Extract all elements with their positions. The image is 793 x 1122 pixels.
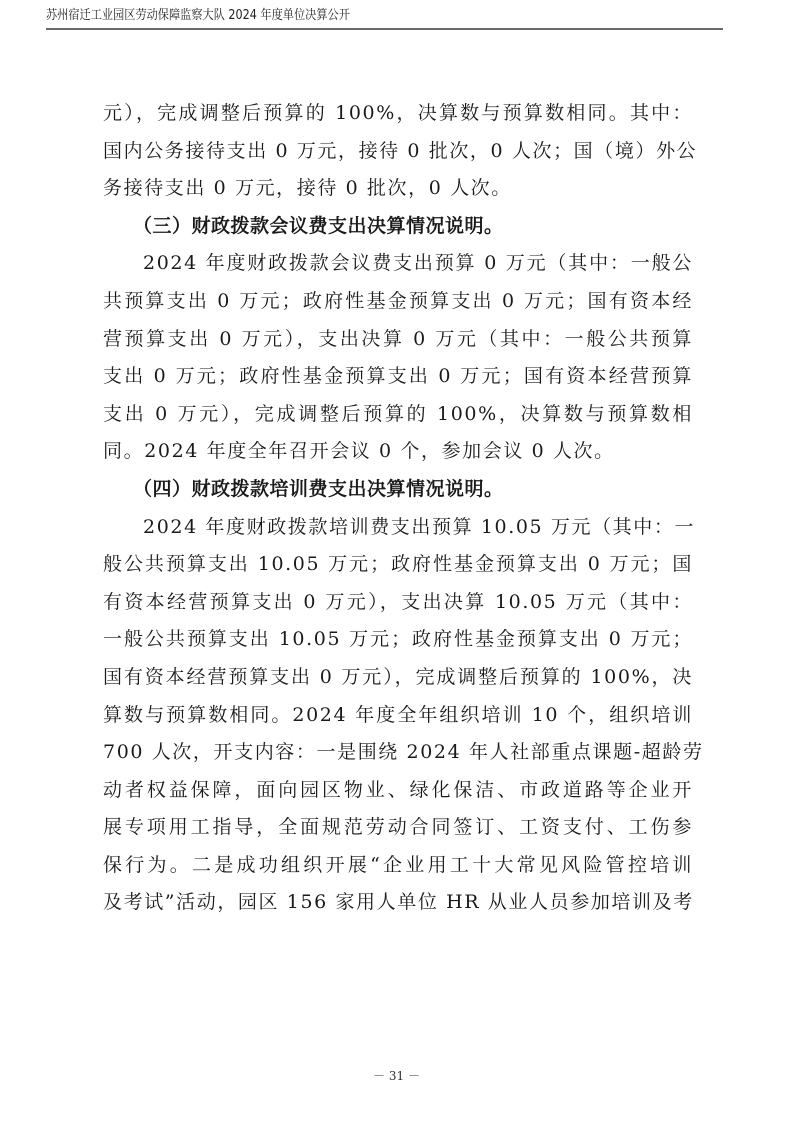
- section-heading-meeting-fees: （三）财政拨款会议费支出决算情况说明。: [103, 208, 693, 246]
- paragraph-line: 700 人次，开支内容：一是围绕 2024 年人社部重点课题-超龄劳: [103, 734, 693, 772]
- paragraph-line: 2024 年度财政拨款会议费支出预算 0 万元（其中：一般公: [103, 245, 693, 283]
- paragraph-line: 2024 年度财政拨款培训费支出预算 10.05 万元（其中：一: [103, 509, 693, 547]
- paragraph-line: 元），完成调整后预算的 100%，决算数与预算数相同。其中：: [103, 95, 693, 133]
- paragraph-line: 同。2024 年度全年召开会议 0 个，参加会议 0 人次。: [103, 433, 693, 471]
- paragraph-line: 算数与预算数相同。2024 年度全年组织培训 10 个，组织培训: [103, 697, 693, 735]
- paragraph-line: 共预算支出 0 万元；政府性基金预算支出 0 万元；国有资本经: [103, 283, 693, 321]
- paragraph-line: 展专项用工指导，全面规范劳动合同签订、工资支付、工伤参: [103, 809, 693, 847]
- paragraph-line: 保行为。二是成功组织开展“企业用工十大常见风险管控培训: [103, 847, 693, 885]
- header-divider: [46, 28, 723, 30]
- page-number: － 31 －: [0, 1067, 793, 1084]
- paragraph-line: 般公共预算支出 10.05 万元；政府性基金预算支出 0 万元；国: [103, 546, 693, 584]
- paragraph-line: 及考试”活动，园区 156 家用人单位 HR 从业人员参加培训及考: [103, 884, 693, 922]
- paragraph-line: 有资本经营预算支出 0 万元），支出决算 10.05 万元（其中：: [103, 584, 693, 622]
- paragraph-line: 动者权益保障，面向园区物业、绿化保洁、市政道路等企业开: [103, 772, 693, 810]
- paragraph-line: 务接待支出 0 万元，接待 0 批次，0 人次。: [103, 170, 693, 208]
- document-body: 元），完成调整后预算的 100%，决算数与预算数相同。其中： 国内公务接待支出 …: [103, 95, 693, 922]
- section-heading-training-fees: （四）财政拨款培训费支出决算情况说明。: [103, 471, 693, 509]
- paragraph-line: 国内公务接待支出 0 万元，接待 0 批次，0 人次；国（境）外公: [103, 133, 693, 171]
- paragraph-line: 营预算支出 0 万元），支出决算 0 万元（其中：一般公共预算: [103, 321, 693, 359]
- paragraph-line: 支出 0 万元；政府性基金预算支出 0 万元；国有资本经营预算: [103, 358, 693, 396]
- paragraph-line: 一般公共预算支出 10.05 万元；政府性基金预算支出 0 万元；: [103, 621, 693, 659]
- paragraph-line: 支出 0 万元），完成调整后预算的 100%，决算数与预算数相: [103, 396, 693, 434]
- document-header: 苏州宿迁工业园区劳动保障监察大队 2024 年度单位决算公开: [46, 8, 628, 24]
- paragraph-line: 国有资本经营预算支出 0 万元），完成调整后预算的 100%，决: [103, 659, 693, 697]
